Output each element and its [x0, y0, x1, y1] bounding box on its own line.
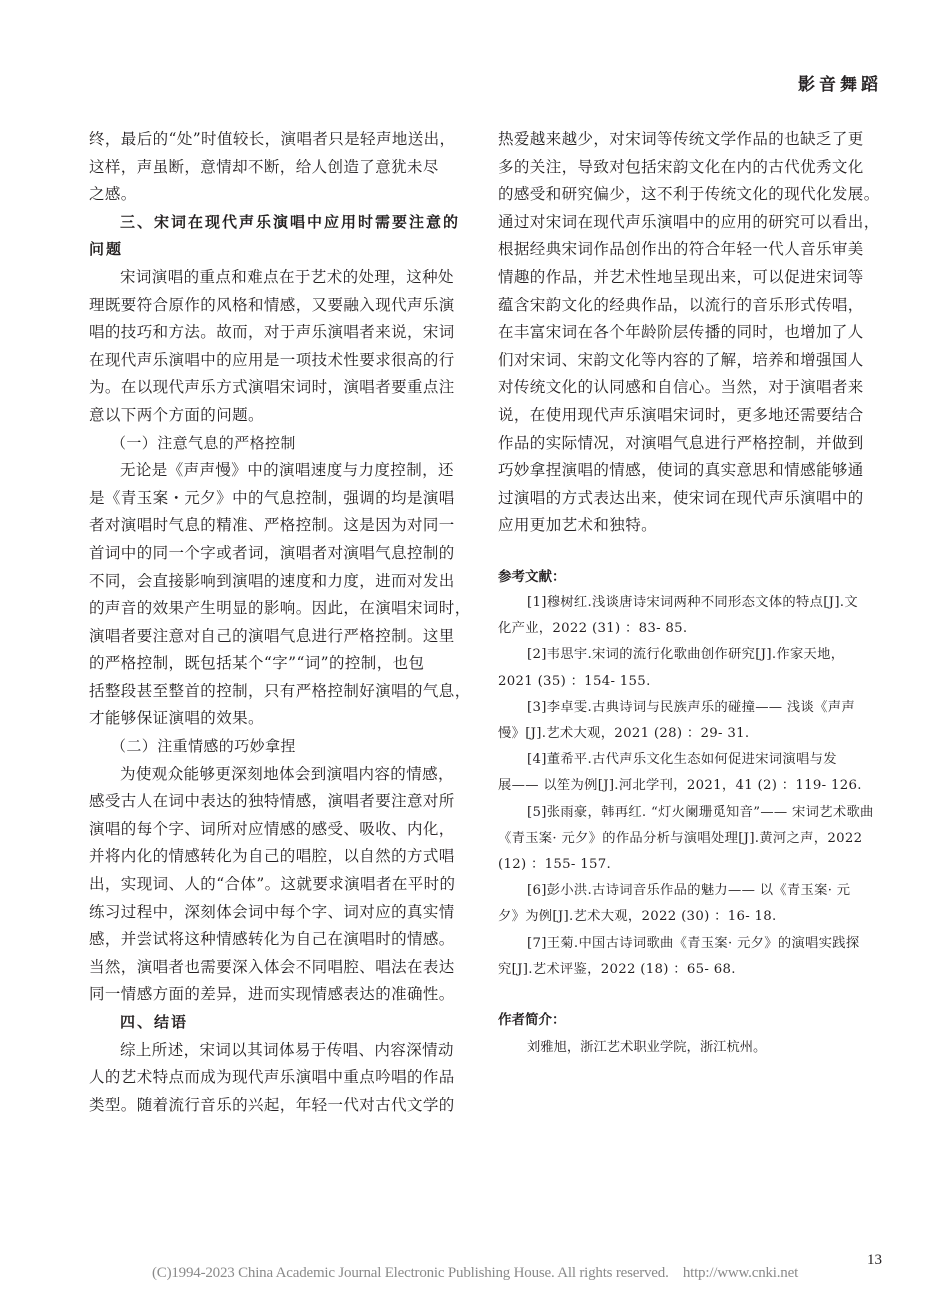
reference-line: [5]张雨豪，韩再红. “灯火阑珊觅知音”—— 宋词艺术歌曲 [498, 800, 884, 826]
body-text-line: 感受古人在词中表达的独特情感，演唱者要注意对所 [89, 788, 475, 816]
body-text-line: 的感受和研究偏少，这不利于传统文化的现代化发展。 [498, 181, 884, 209]
reference-line: [1]穆树红.浅谈唐诗宋词两种不同形态文体的特点[J].文 [498, 590, 884, 616]
reference-item: [3]李卓雯.古典诗词与民族声乐的碰撞—— 浅谈《声声慢》[J].艺术大观，20… [498, 695, 884, 747]
body-text-line: 情趣的作品，并艺术性地呈现出来，可以促进宋词等 [498, 264, 884, 292]
reference-line: 慢》[J].艺术大观，2021 (28) ：29- 31. [498, 721, 884, 747]
body-text-line: 括整段甚至整首的控制，只有严格控制好演唱的气息， [89, 678, 475, 706]
body-text-line: 的声音的效果产生明显的影响。因此，在演唱宋词时， [89, 595, 475, 623]
reference-line: [4]董希平.古代声乐文化生态如何促进宋词演唱与发 [498, 747, 884, 773]
body-text-line: 练习过程中，深刻体会词中每个字、词对应的真实情 [89, 899, 475, 927]
reference-line: [7]王菊.中国古诗词歌曲《青玉案· 元夕》的演唱实践探 [498, 931, 884, 957]
reference-item: [6]彭小洪.古诗词音乐作品的魅力—— 以《青玉案· 元夕》为例[J].艺术大观… [498, 878, 884, 930]
author-intro-text: 刘雅旭，浙江艺术职业学院，浙江杭州。 [498, 1033, 884, 1063]
body-text-line: 终，最后的“处”时值较长，演唱者只是轻声地送出， [89, 126, 475, 154]
right-body-text: 热爱越来越少，对宋词等传统文学作品的也缺乏了更多的关注，导致对包括宋韵文化在内的… [498, 126, 884, 540]
subsection-heading: （二）注重情感的巧妙拿捏 [89, 733, 475, 761]
reference-item: [7]王菊.中国古诗词歌曲《青玉案· 元夕》的演唱实践探究[J].艺术评鉴，20… [498, 931, 884, 983]
body-text-line: 同一情感方面的差异，进而实现情感表达的准确性。 [89, 981, 475, 1009]
journal-section-header: 影音舞蹈 [798, 70, 882, 95]
body-text-line: 类型。随着流行音乐的兴起，年轻一代对古代文学的 [89, 1092, 475, 1120]
reference-line: [2]韦思宇.宋词的流行化歌曲创作研究[J].作家天地， [498, 642, 884, 668]
references-heading: 参考文献： [498, 564, 884, 590]
body-text-line: 为。在以现代声乐方式演唱宋词时，演唱者要重点注 [89, 374, 475, 402]
reference-line: 《青玉案· 元夕》的作品分析与演唱处理[J].黄河之声，2022 [498, 826, 884, 852]
body-text-line: 才能够保证演唱的效果。 [89, 705, 475, 733]
body-text-line: 对传统文化的认同感和自信心。当然，对于演唱者来 [498, 374, 884, 402]
body-text-line: 当然，演唱者也需要深入体会不同唱腔、唱法在表达 [89, 954, 475, 982]
body-text-line: 作品的实际情况，对演唱气息进行严格控制，并做到 [498, 430, 884, 458]
body-text-line: 这样，声虽断，意情却不断，给人创造了意犹未尽 [89, 154, 475, 182]
body-text-line: 过演唱的方式表达出来，使宋词在现代声乐演唱中的 [498, 485, 884, 513]
body-text-line: 出，实现词、人的“合体”。这就要求演唱者在平时的 [89, 871, 475, 899]
body-text-line: 在丰富宋词在各个年龄阶层传播的同时，也增加了人 [498, 319, 884, 347]
section-heading: 三、宋词在现代声乐演唱中应用时需要注意的 [89, 209, 475, 237]
right-column: 热爱越来越少，对宋词等传统文学作品的也缺乏了更多的关注，导致对包括宋韵文化在内的… [498, 126, 884, 1063]
body-text-line: 热爱越来越少，对宋词等传统文学作品的也缺乏了更 [498, 126, 884, 154]
body-text-line: 理既要符合原作的风格和情感，又要融入现代声乐演 [89, 292, 475, 320]
reference-line: 展—— 以笙为例[J].河北学刊，2021，41 (2) ：119- 126. [498, 773, 884, 799]
body-text-line: 并将内化的情感转化为自己的唱腔，以自然的方式唱 [89, 843, 475, 871]
body-text-line: 说，在使用现代声乐演唱宋词时，更多地还需要结合 [498, 402, 884, 430]
reference-line: 2021 (35) ：154- 155. [498, 669, 884, 695]
body-text-line: 们对宋词、宋韵文化等内容的了解，培养和增强国人 [498, 347, 884, 375]
body-text-line: 之感。 [89, 181, 475, 209]
references-list: [1]穆树红.浅谈唐诗宋词两种不同形态文体的特点[J].文化产业，2022 (3… [498, 590, 884, 983]
body-text-line: 人的艺术特点而成为现代声乐演唱中重点吟唱的作品 [89, 1064, 475, 1092]
reference-item: [2]韦思宇.宋词的流行化歌曲创作研究[J].作家天地，2021 (35) ：1… [498, 642, 884, 694]
body-text-line: 是《青玉案・元夕》中的气息控制，强调的均是演唱 [89, 485, 475, 513]
reference-item: [4]董希平.古代声乐文化生态如何促进宋词演唱与发展—— 以笙为例[J].河北学… [498, 747, 884, 799]
body-text-line: 首词中的同一个字或者词，演唱者对演唱气息控制的 [89, 540, 475, 568]
body-text-line: 多的关注，导致对包括宋韵文化在内的古代优秀文化 [498, 154, 884, 182]
body-text-line: 的严格控制，既包括某个“字”“词”的控制，也包 [89, 650, 475, 678]
body-text-line: 宋词演唱的重点和难点在于艺术的处理，这种处 [89, 264, 475, 292]
body-text-line: 演唱者要注意对自己的演唱气息进行严格控制。这里 [89, 623, 475, 651]
body-text-line: 者对演唱时气息的精准、严格控制。这是因为对同一 [89, 512, 475, 540]
body-text-line: 巧妙拿捏演唱的情感，使词的真实意思和情感能够通 [498, 457, 884, 485]
section-heading: 问题 [89, 236, 475, 264]
section-heading: 四、结语 [89, 1009, 475, 1037]
copyright-notice: (C)1994-2023 China Academic Journal Elec… [0, 1265, 950, 1282]
reference-line: [6]彭小洪.古诗词音乐作品的魅力—— 以《青玉案· 元 [498, 878, 884, 904]
reference-line: 化产业，2022 (31) ：83- 85. [498, 616, 884, 642]
body-text-line: 意以下两个方面的问题。 [89, 402, 475, 430]
body-text-line: 感，并尝试将这种情感转化为自己在演唱时的情感。 [89, 926, 475, 954]
body-text-line: 综上所述，宋词以其词体易于传唱、内容深情动 [89, 1037, 475, 1065]
reference-item: [5]张雨豪，韩再红. “灯火阑珊觅知音”—— 宋词艺术歌曲《青玉案· 元夕》的… [498, 800, 884, 879]
body-text-line: 根据经典宋词作品创作出的符合年轻一代人音乐审美 [498, 236, 884, 264]
left-column: 终，最后的“处”时值较长，演唱者只是轻声地送出，这样，声虽断，意情却不断，给人创… [89, 126, 475, 1119]
body-text-line: 蕴含宋韵文化的经典作品，以流行的音乐形式传唱， [498, 292, 884, 320]
reference-line: (12) ：155- 157. [498, 852, 884, 878]
reference-line: [3]李卓雯.古典诗词与民族声乐的碰撞—— 浅谈《声声 [498, 695, 884, 721]
reference-line: 夕》为例[J].艺术大观，2022 (30) ：16- 18. [498, 904, 884, 930]
body-text-line: 不同，会直接影响到演唱的速度和力度，进而对发出 [89, 568, 475, 596]
reference-item: [1]穆树红.浅谈唐诗宋词两种不同形态文体的特点[J].文化产业，2022 (3… [498, 590, 884, 642]
body-text-line: 通过对宋词在现代声乐演唱中的应用的研究可以看出， [498, 209, 884, 237]
body-text-line: 唱的技巧和方法。故而，对于声乐演唱者来说，宋词 [89, 319, 475, 347]
body-text-line: 无论是《声声慢》中的演唱速度与力度控制，还 [89, 457, 475, 485]
reference-line: 究[J].艺术评鉴，2022 (18) ：65- 68. [498, 957, 884, 983]
subsection-heading: （一）注意气息的严格控制 [89, 430, 475, 458]
body-text-line: 为使观众能够更深刻地体会到演唱内容的情感， [89, 761, 475, 789]
body-text-line: 在现代声乐演唱中的应用是一项技术性要求很高的行 [89, 347, 475, 375]
author-intro-heading: 作者简介： [498, 1007, 884, 1033]
body-text-line: 演唱的每个字、词所对应情感的感受、吸收、内化， [89, 816, 475, 844]
body-text-line: 应用更加艺术和独特。 [498, 512, 884, 540]
